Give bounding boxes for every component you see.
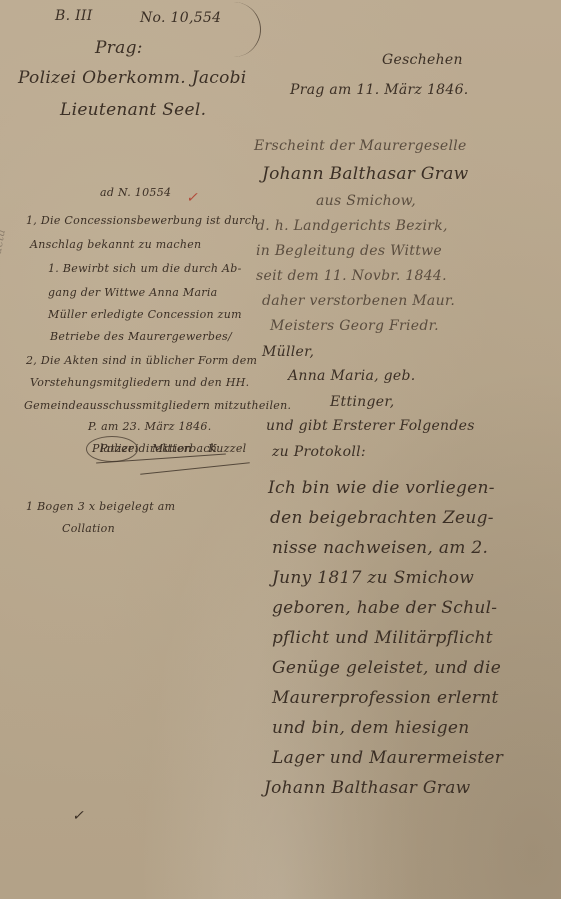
place-heading: Prag: xyxy=(95,38,143,58)
left-date: P. am 23. März 1846. xyxy=(88,420,212,433)
enclosure-note-1: 1 Bogen 3 x beigelegt am xyxy=(26,500,175,513)
document-number: No. 10,554 xyxy=(140,10,221,26)
number-bracket xyxy=(230,2,261,57)
red-check-mark: ✓ xyxy=(186,190,198,206)
right-line-6: seit dem 11. Novbr. 1844. xyxy=(256,268,447,284)
office-heading: Polizei Oberkomm. Jacobi xyxy=(18,68,247,88)
right-line-7: daher verstorbenen Maur. xyxy=(262,293,455,309)
signature-3: Kuzzel xyxy=(208,442,246,455)
right-line-1: Erscheint der Maurergeselle xyxy=(254,138,467,154)
right-line-19: pflicht und Militärpflicht xyxy=(272,628,493,648)
district-heading: Lieutenant Seel. xyxy=(60,100,206,120)
enclosure-note-2: Collation xyxy=(62,522,115,535)
left-line-8: Vorstehungsmitgliedern und den HH. xyxy=(30,376,249,389)
dateline-date: Prag am 11. März 1846. xyxy=(290,82,469,98)
signature-1: Platzer xyxy=(92,442,134,455)
right-line-3: aus Smichow, xyxy=(316,193,416,209)
document-page: B. III No. 10,554 Prag: Polizei Oberkomm… xyxy=(0,0,561,899)
left-line-1: 1, Die Concessionsbewerbung ist durch xyxy=(26,214,259,227)
left-line-7: 2, Die Akten sind in üblicher Form dem xyxy=(26,354,257,367)
left-line-4: gang der Wittwe Anna Maria xyxy=(48,286,218,299)
right-line-13: zu Protokoll: xyxy=(272,444,366,460)
right-line-24: Johann Balthasar Graw xyxy=(264,778,471,798)
right-line-20: Genüge geleistet, und die xyxy=(272,658,501,678)
right-line-9: Müller, xyxy=(262,344,314,360)
left-line-5: Müller erledigte Concession zum xyxy=(48,308,242,321)
margin-pencil-note: ad acta xyxy=(0,228,8,273)
right-line-5: in Begleitung des Wittwe xyxy=(256,243,442,259)
dateline-verb: Geschehen xyxy=(382,52,463,68)
right-line-15: den beigebrachten Zeug- xyxy=(270,508,494,528)
left-line-9: Gemeindeausschussmitgliedern mitzutheile… xyxy=(24,399,291,412)
reference-number: ad N. 10554 xyxy=(100,186,171,199)
right-line-22: und bin, dem hiesigen xyxy=(272,718,470,738)
left-line-2: Anschlag bekannt zu machen xyxy=(30,238,201,251)
right-line-21: Maurerprofession erlernt xyxy=(272,688,499,708)
signature-flourish xyxy=(140,462,250,474)
right-line-2: Johann Balthasar Graw xyxy=(262,164,469,184)
right-line-8: Meisters Georg Friedr. xyxy=(270,318,439,334)
left-line-6: Betriebe des Maurergewerbes/ xyxy=(50,330,232,343)
right-line-12: und gibt Ersterer Folgendes xyxy=(266,418,475,434)
right-line-16: nisse nachweisen, am 2. xyxy=(272,538,488,558)
right-line-4: d. h. Landgerichts Bezirk, xyxy=(256,218,448,234)
right-line-14: Ich bin wie die vorliegen- xyxy=(268,478,495,498)
right-line-10: Anna Maria, geb. xyxy=(288,368,416,384)
bottom-check-mark: ✓ xyxy=(72,808,84,824)
right-line-17: Juny 1817 zu Smichow xyxy=(272,568,474,588)
left-line-3: 1. Bewirbt sich um die durch Ab- xyxy=(48,262,242,275)
section-number: B. III xyxy=(55,8,93,24)
right-line-18: geboren, habe der Schul- xyxy=(272,598,497,618)
right-line-23: Lager und Maurermeister xyxy=(272,748,503,768)
right-line-11: Ettinger, xyxy=(330,394,395,410)
